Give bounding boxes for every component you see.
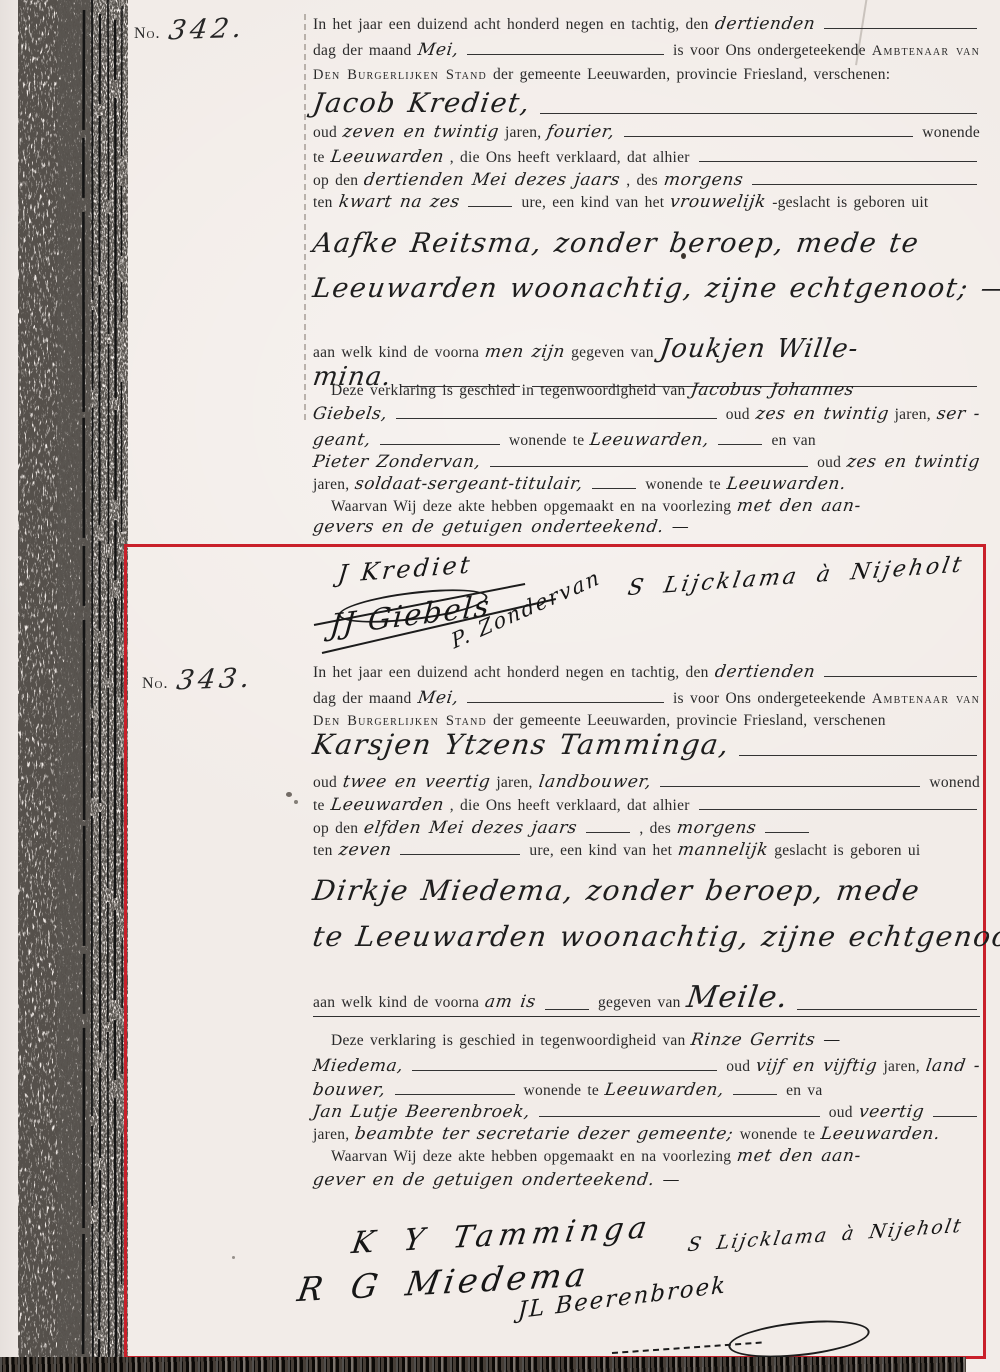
printed-text: geslacht is geboren ui	[774, 842, 920, 860]
record-342-line-year: In het jaar een duizend acht honderd neg…	[313, 14, 980, 34]
handwritten-occupation: landbouwer,	[537, 772, 652, 792]
blank-filler-line	[718, 444, 762, 445]
record-342-line-witness1b: geant, wonende te Leeuwarden, en van	[313, 430, 980, 450]
handwritten-text: met den aan-	[736, 1146, 863, 1166]
blank-filler-line	[467, 54, 664, 55]
handwritten-day: dertienden	[713, 14, 816, 34]
handwritten-text: men zijn	[484, 342, 567, 362]
blank-filler-line	[933, 1116, 977, 1117]
printed-text: Waarvan Wij deze akte hebben opgemaakt e…	[331, 498, 731, 516]
handwritten-residence: Leeuwarden.	[725, 474, 847, 494]
printed-text: jaren,	[895, 406, 931, 424]
handwritten-age: twee en veertig	[342, 772, 492, 792]
handwritten-residence: Leeuwarden,	[604, 1080, 726, 1100]
handwritten-hour: zeven	[337, 840, 392, 860]
blank-filler-line	[824, 676, 977, 677]
printed-text: Deze verklaring is geschied in tegenwoor…	[331, 1032, 685, 1050]
handwritten-occupation: fourier,	[546, 122, 616, 142]
handwritten-age: veertig	[857, 1102, 925, 1122]
printed-text: oud	[313, 774, 337, 792]
handwritten-residence: Leeuwarden	[329, 147, 445, 167]
printed-text: en van	[771, 432, 815, 450]
handwritten-daypart: morgens	[663, 170, 745, 190]
printed-text: dag der maand	[313, 42, 412, 60]
blank-filler-line	[400, 854, 520, 855]
record-343-line-witness2b: jaren, beambte ter secretarie dezer geme…	[313, 1124, 980, 1144]
blank-filler-line	[468, 206, 512, 207]
printed-text: wonende te	[509, 432, 585, 450]
handwritten-residence: Leeuwarden.	[820, 1124, 942, 1144]
handwritten-gender: mannelijk	[677, 840, 770, 860]
record-343-line-witness2: Jan Lutje Beerenbroek, oud veertig	[313, 1102, 980, 1122]
printed-text: aan welk kind de voorna	[313, 994, 479, 1012]
handwritten-witness-name: Jacobus Johannes	[690, 380, 856, 400]
handwritten-age: zeven en twintig	[342, 122, 501, 142]
handwritten-mother-line: Leeuwarden woonachtig, zijne echtgenoot;…	[311, 273, 1000, 304]
blank-filler-line	[490, 466, 808, 467]
record-342-line-municipality: Den Burgerlijken Stand der gemeente Leeu…	[313, 66, 980, 84]
printed-text: te	[313, 797, 325, 815]
ink-speck	[294, 800, 298, 804]
blank-filler-line	[824, 28, 977, 29]
record-342-line-month: dag der maand Mei, is voor Ons ondergete…	[313, 40, 980, 60]
record-343-line-witness1b: bouwer, wonende te Leeuwarden, en va	[313, 1080, 980, 1100]
handwritten-age: zes en twintig	[754, 404, 890, 424]
printed-text: ure, een kind van het	[521, 194, 664, 212]
printed-text: jaren,	[496, 774, 532, 792]
printed-text: ten	[313, 194, 333, 212]
printed-text: oud	[726, 1058, 750, 1076]
printed-text: te	[313, 149, 325, 167]
blank-filler-line	[660, 786, 920, 787]
record-342-mother-residence: Leeuwarden woonachtig, zijne echtgenoot;…	[313, 273, 980, 304]
handwritten-occupation: ser -	[936, 404, 982, 424]
record-343-mother-name: Dirkje Miedema, zonder beroep, mede	[313, 874, 980, 907]
record-342-closing-line-2: gevers en de getuigen onderteekend. —	[313, 517, 980, 537]
printed-smallcaps: Ambtenaar van	[872, 691, 980, 708]
printed-text: dag der maand	[313, 690, 412, 708]
printed-text: ten	[313, 842, 333, 860]
handwritten-month: Mei,	[416, 688, 460, 708]
printed-text: wonende	[922, 124, 980, 142]
binding-scan-noise-band	[18, 0, 128, 1372]
ink-speck	[286, 792, 292, 797]
handwritten-birthdate: dertienden Mei dezes jaars	[363, 170, 622, 190]
handwritten-witness-name: Jan Lutje Beerenbroek,	[312, 1102, 532, 1122]
record-343-line-age-occupation: oud twee en veertig jaren, landbouwer, w…	[313, 772, 980, 792]
blank-filler-line	[467, 702, 664, 703]
printed-text: gegeven van	[571, 344, 654, 362]
record-343-mother-residence: te Leeuwarden woonachtig, zijne echtgeno…	[313, 920, 980, 953]
blank-filler-line	[586, 832, 630, 833]
blank-filler-line	[733, 1094, 777, 1095]
handwritten-child-name: Meile.	[684, 980, 790, 1015]
record-number-label: No.	[142, 675, 169, 693]
printed-text: oud	[726, 406, 750, 424]
printed-text: , die Ons heeft verklaard, dat alhier	[450, 797, 690, 815]
printed-text: Waarvan Wij deze akte hebben opgemaakt e…	[331, 1148, 731, 1166]
blank-filler-line	[739, 755, 977, 756]
printed-text: op den	[313, 172, 358, 190]
ink-speck	[681, 253, 686, 259]
record-342-declarant-name: Jacob Krediet,	[313, 88, 980, 119]
record-343-closing-line: Waarvan Wij deze akte hebben opgemaakt e…	[313, 1146, 998, 1166]
blank-filler-line	[624, 136, 913, 137]
handwritten-day: dertienden	[713, 662, 816, 682]
blank-filler-line	[765, 832, 809, 833]
blank-filler-line	[412, 1070, 717, 1071]
blank-filler-line	[396, 418, 716, 419]
record-342-line-witness2b: jaren, soldaat-sergeant-titulair, wonend…	[313, 474, 980, 494]
handwritten-declarant-name: Karsjen Ytzens Tamminga,	[311, 728, 732, 761]
handwritten-residence: Leeuwarden	[329, 795, 445, 815]
handwritten-text: gevers en de getuigen onderteekend. —	[312, 517, 691, 537]
record-342-line-witness1: Giebels, oud zes en twintig jaren, ser -	[313, 404, 980, 424]
handwritten-birthdate: elfden Mei dezes jaars	[363, 818, 579, 838]
blank-filler-line	[395, 1094, 515, 1095]
record-343-line-year: In het jaar een duizend acht honderd neg…	[313, 662, 980, 682]
handwritten-witness-name: Giebels,	[312, 404, 389, 424]
record-343-closing-line-2: gever en de getuigen onderteekend. —	[313, 1170, 980, 1190]
handwritten-hour: kwart na zes	[337, 192, 461, 212]
handwritten-daypart: morgens	[676, 818, 758, 838]
handwritten-witness-name: Rinze Gerrits —	[690, 1030, 843, 1050]
printed-text: oud	[829, 1104, 853, 1122]
blank-filler-line	[380, 444, 500, 445]
handwritten-text: am is	[484, 992, 538, 1012]
printed-text: , die Ons heeft verklaard, dat alhier	[450, 149, 690, 167]
handwritten-gender: vrouwelijk	[669, 192, 768, 212]
printed-text: wonende te	[524, 1082, 600, 1100]
handwritten-mother-line: Dirkje Miedema, zonder beroep, mede	[311, 874, 923, 907]
record-343-line-birthdate: op den elfden Mei dezes jaars , des morg…	[313, 818, 980, 838]
record-343-declarant-name: Karsjen Ytzens Tamminga,	[313, 728, 980, 761]
handwritten-child-name: Joukjen Wille-	[658, 334, 861, 364]
handwritten-month: Mei,	[416, 40, 460, 60]
printed-text: op den	[313, 820, 358, 838]
record-342-closing-line: Waarvan Wij deze akte hebben opgemaakt e…	[313, 496, 998, 516]
handwritten-text: met den aan-	[736, 496, 863, 516]
record-342-line-childname: aan welk kind de voorna men zijn gegeven…	[313, 334, 980, 364]
handwritten-witness-name: Miedema,	[312, 1056, 405, 1076]
handwritten-residence: Leeuwarden,	[589, 430, 711, 450]
handwritten-occupation: soldaat-sergeant-titulair,	[354, 474, 585, 494]
printed-text: oud	[313, 124, 337, 142]
printed-text: gegeven van	[598, 994, 681, 1012]
printed-smallcaps: Ambtenaar van	[872, 43, 980, 60]
printed-text: jaren,	[505, 124, 541, 142]
record-343-line-witness1: Miedema, oud vijf en vijftig jaren, land…	[313, 1056, 980, 1076]
printed-text: jaren,	[313, 1126, 349, 1144]
printed-text: en va	[786, 1082, 822, 1100]
record-343-number: No. 343.	[142, 664, 253, 695]
column-separator-dashed-line	[304, 14, 306, 420]
printed-text: In het jaar een duizend acht honderd neg…	[313, 664, 709, 682]
blank-filler-line	[699, 809, 977, 810]
printed-text: , des	[626, 172, 658, 190]
printed-text: wonend	[929, 774, 980, 792]
printed-text: wonende te	[645, 476, 721, 494]
record-343-line-month: dag der maand Mei, is voor Ons ondergete…	[313, 688, 980, 708]
record-343-line-residence: te Leeuwarden , die Ons heeft verklaard,…	[313, 795, 980, 815]
printed-text: -geslacht is geboren uit	[772, 194, 928, 212]
printed-text: oud	[817, 454, 841, 472]
printed-text: jaren,	[883, 1058, 919, 1076]
printed-text: der gemeente Leeuwarden, provincie Fries…	[493, 66, 890, 84]
printed-smallcaps: Den Burgerlijken Stand	[313, 67, 487, 84]
record-342-line-birthdate: op den dertienden Mei dezes jaars , des …	[313, 170, 980, 190]
heavy-underline	[313, 1016, 980, 1017]
handwritten-text: gever en de getuigen onderteekend. —	[312, 1170, 682, 1190]
blank-filler-line	[797, 1009, 977, 1010]
record-342-line-residence: te Leeuwarden , die Ons heeft verklaard,…	[313, 147, 980, 167]
record-342-line-witness-intro: Deze verklaring is geschied in tegenwoor…	[313, 380, 998, 400]
blank-filler-line	[539, 1116, 820, 1117]
record-342-line-birthhour-gender: ten kwart na zes ure, een kind van het v…	[313, 192, 980, 212]
handwritten-declarant-name: Jacob Krediet,	[311, 88, 533, 119]
blank-filler-line	[540, 113, 977, 114]
printed-text: ure, een kind van het	[529, 842, 672, 860]
record-343-line-witness-intro: Deze verklaring is geschied in tegenwoor…	[313, 1030, 998, 1050]
record-343-line-childname: aan welk kind de voorna am is gegeven va…	[313, 980, 980, 1015]
printed-text: jaren,	[313, 476, 349, 494]
printed-text: In het jaar een duizend acht honderd neg…	[313, 16, 709, 34]
blank-filler-line	[752, 184, 977, 185]
printed-text: Deze verklaring is geschied in tegenwoor…	[331, 382, 685, 400]
handwritten-occupation: land -	[924, 1056, 981, 1076]
printed-text: wonende te	[740, 1126, 816, 1144]
handwritten-age: zes en twintig	[846, 452, 982, 472]
record-number-value: 343.	[174, 663, 255, 697]
handwritten-witness-name: Pieter Zondervan,	[312, 452, 483, 472]
handwritten-occupation: geant,	[312, 430, 373, 450]
handwritten-mother-line: Aafke Reitsma, zonder beroep, mede te	[311, 228, 922, 259]
printed-text: is voor Ons ondergeteekende	[673, 42, 866, 60]
bottom-scan-dark-band	[0, 1357, 966, 1372]
handwritten-mother-line: te Leeuwarden woonachtig, zijne echtgeno…	[311, 920, 1000, 953]
record-343-line-birthhour-gender: ten zeven ure, een kind van het mannelij…	[313, 840, 980, 860]
blank-filler-line	[545, 1009, 589, 1010]
blank-filler-line	[699, 161, 977, 162]
handwritten-occupation: bouwer,	[312, 1080, 387, 1100]
handwritten-age: vijf en vijftig	[755, 1056, 879, 1076]
printed-text: is voor Ons ondergeteekende	[673, 690, 866, 708]
record-342-number: No. 342.	[134, 14, 245, 45]
record-342-line-age-occupation: oud zeven en twintig jaren, fourier, won…	[313, 122, 980, 142]
blank-filler-line	[592, 488, 636, 489]
record-number-label: No.	[134, 25, 161, 43]
ink-speck	[232, 1256, 235, 1259]
printed-text: aan welk kind de voorna	[313, 344, 479, 362]
handwritten-occupation: beambte ter secretarie dezer gemeente;	[354, 1124, 735, 1144]
record-number-value: 342.	[166, 13, 247, 47]
record-342-mother-name: Aafke Reitsma, zonder beroep, mede te	[313, 228, 980, 259]
scanned-birth-register-page: No. 342. In het jaar een duizend acht ho…	[0, 0, 1000, 1372]
printed-text: , des	[639, 820, 671, 838]
record-342-line-witness2: Pieter Zondervan, oud zes en twintig	[313, 452, 980, 472]
